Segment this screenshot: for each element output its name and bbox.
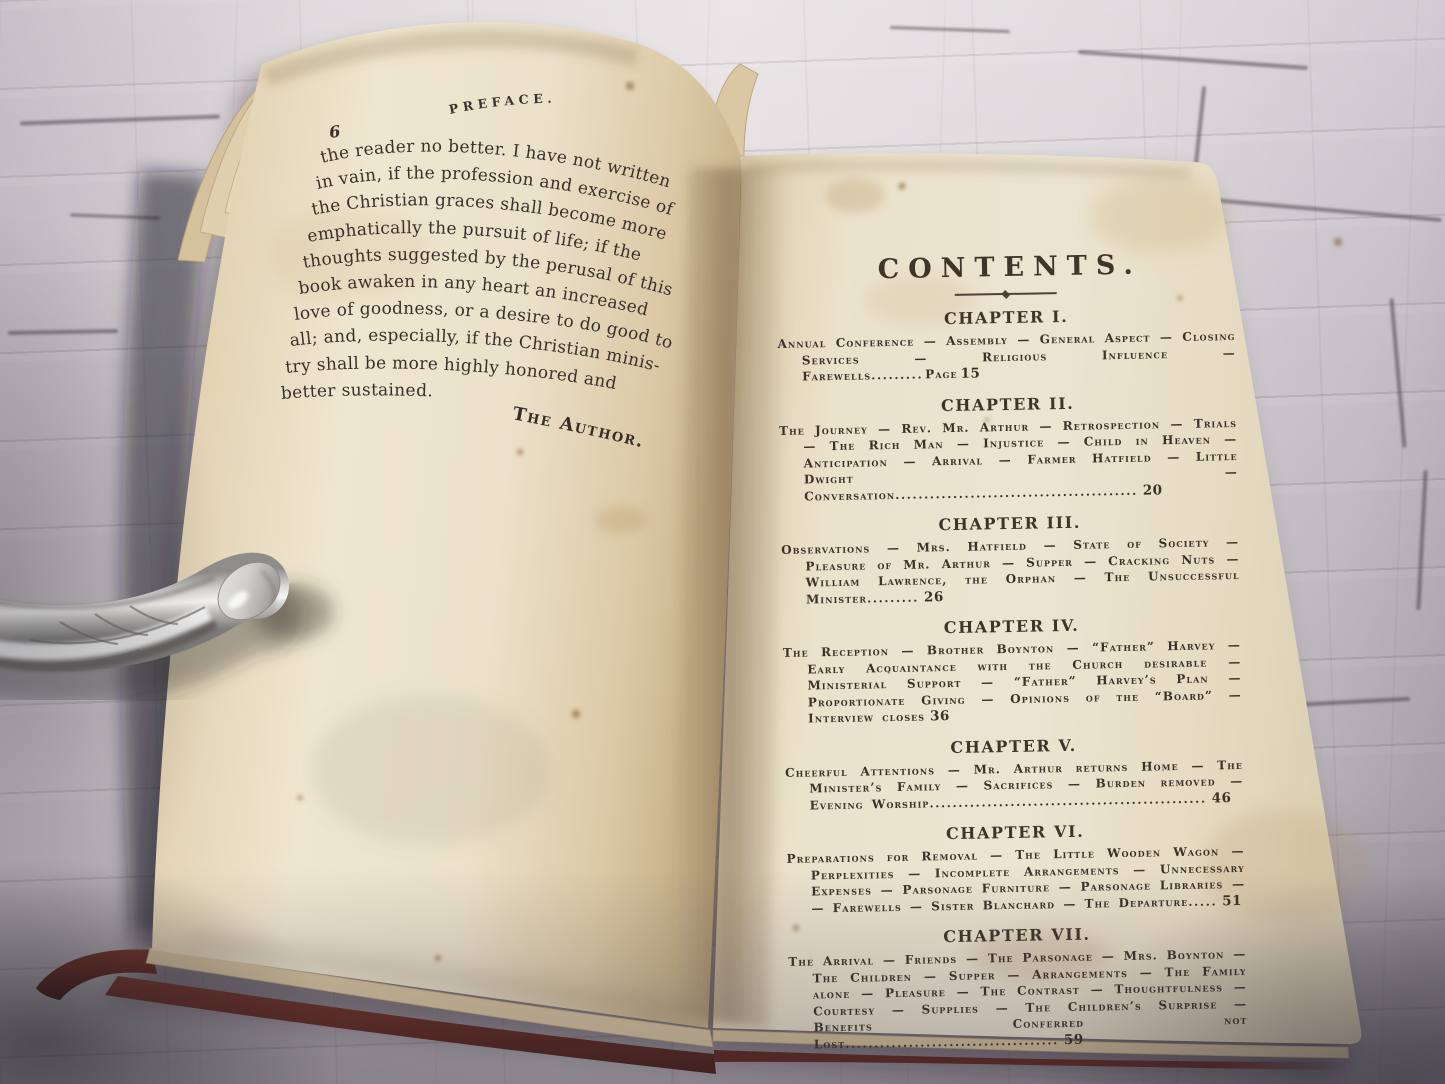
chapter-heading: CHAPTER VI. (786, 819, 1244, 846)
chapter-entry: Cheerful Attentions — Mr. Arthur returns… (785, 756, 1244, 813)
chapter-entry-text: Annual Conference — Assembly — General A… (777, 329, 1235, 384)
chapter-heading: CHAPTER I. (777, 304, 1235, 331)
chapter-heading: CHAPTER V. (784, 732, 1242, 759)
page-leader-dots: ......... (867, 590, 919, 605)
gutter-shadow (668, 168, 790, 1028)
page-number: 51 (1219, 892, 1242, 908)
book-photo-scene: PREFACE. 6 the reader no better. I have … (0, 0, 1445, 1084)
page-number: 36 (927, 708, 950, 724)
chapter-entry: The Arrival — Friends — The Parsonage — … (788, 946, 1248, 1053)
chapter-entry-text: Preparations for Removal — The Little Wo… (786, 844, 1245, 915)
chapter-heading: CHAPTER II. (779, 390, 1237, 417)
chapter-entry: The Reception — Brother Boynton — “Fathe… (783, 637, 1242, 727)
chapter-block: CHAPTER VII. The Arrival — Friends — The… (788, 922, 1248, 1053)
page-leader-dots: ........................................… (895, 483, 1138, 501)
chapter-block: CHAPTER III. Observations — Mrs. Hatfiel… (781, 510, 1241, 608)
chapter-block: CHAPTER V. Cheerful Attentions — Mr. Art… (784, 732, 1243, 813)
chapter-block: CHAPTER I. Annual Conference — Assembly … (777, 304, 1236, 385)
chapter-entry: Observations — Mrs. Hatfield — State of … (781, 534, 1240, 608)
chapter-entry: Preparations for Removal — The Little Wo… (786, 843, 1245, 917)
chapter-entry: Annual Conference — Assembly — General A… (777, 328, 1236, 385)
chapter-block: CHAPTER II. The Journey — Rev. Mr. Arthu… (779, 390, 1239, 504)
page-leader-dots: ..... (1188, 894, 1217, 909)
chapter-block: CHAPTER IV. The Reception — Brother Boyn… (782, 613, 1242, 727)
page-number: 59 (1061, 1031, 1084, 1047)
page-leader-dots: ......... (871, 367, 923, 382)
page-leader-dots: ........................................… (929, 791, 1207, 810)
title-rule (955, 292, 1057, 296)
chapter-block: CHAPTER VI. Preparations for Removal — T… (786, 819, 1246, 917)
preface-text-line: better sustained. (280, 380, 433, 404)
page-number: 15 (957, 365, 980, 381)
diamond-ornament (1001, 290, 1010, 299)
contents-title: CONTENTS. (776, 248, 1234, 287)
page-number: 20 (1140, 482, 1163, 498)
page-number: 46 (1209, 790, 1232, 806)
page-leader-dots: ..................................... (845, 1033, 1059, 1051)
chapter-heading: CHAPTER VII. (788, 922, 1246, 949)
page-word: Page (923, 367, 958, 382)
chapter-entry-text: Observations — Mrs. Hatfield — State of … (781, 535, 1240, 606)
page-number: 26 (921, 589, 944, 605)
chapter-heading: CHAPTER IV. (782, 613, 1240, 640)
contents-page-text: CONTENTS. CHAPTER I. Annual Conference —… (776, 248, 1248, 1053)
chapter-entry: The Journey — Rev. Mr. Arthur — Retrospe… (779, 414, 1238, 504)
chapter-heading: CHAPTER III. (781, 510, 1239, 537)
chapter-entry-text: The Reception — Brother Boynton — “Fathe… (783, 638, 1242, 726)
